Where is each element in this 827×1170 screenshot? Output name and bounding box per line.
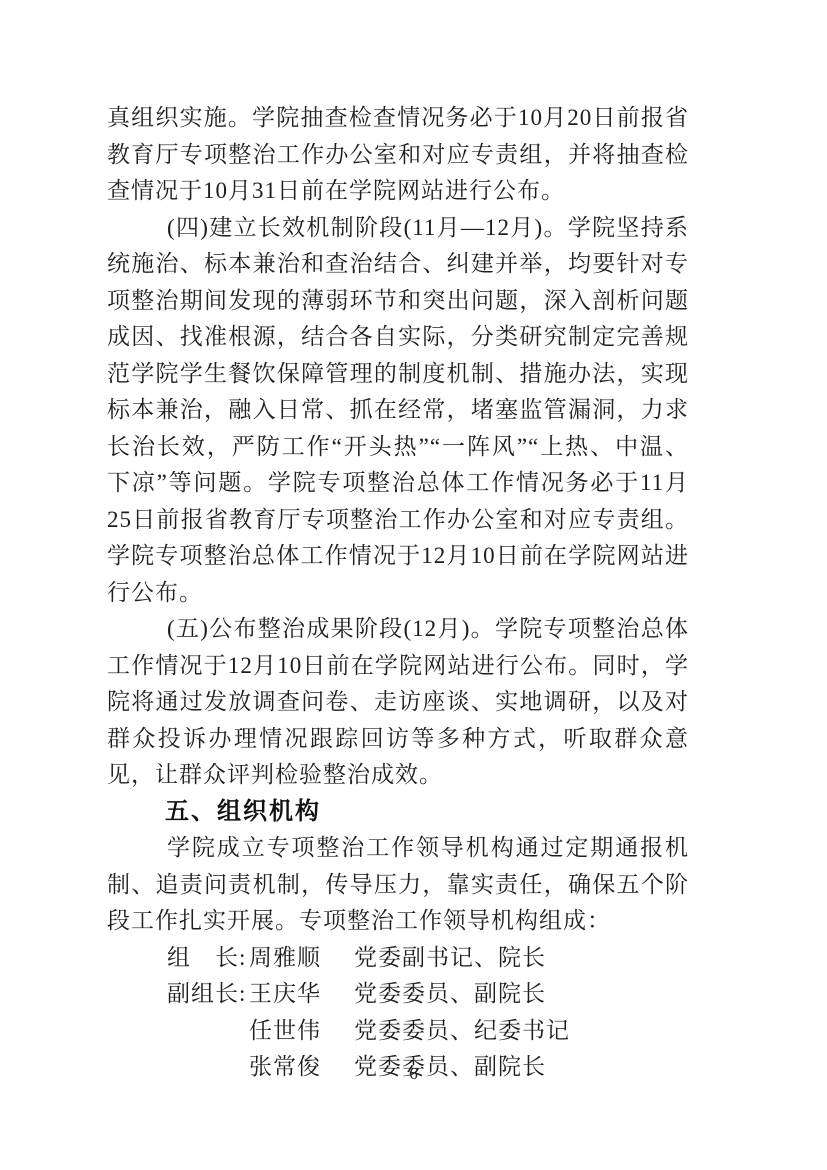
roster-row: 副组长: 王庆华 党委委员、副院长 <box>167 976 689 1013</box>
roster-role-label: 副组长: <box>167 976 249 1013</box>
roster-row: 组 长: 周雅顺 党委副书记、院长 <box>167 940 689 977</box>
roster-person-title: 党委副书记、院长 <box>354 940 546 977</box>
paragraph-stage-five: (五)公布整治成果阶段(12月)。学院专项整治总体工作情况于12月10日前在学院… <box>107 611 689 794</box>
roster-row: 任世伟 党委委员、纪委书记 <box>167 1013 689 1050</box>
page-number: 6 <box>0 1064 827 1084</box>
roster-person-name: 任世伟 <box>249 1013 354 1050</box>
document-body: 真组织实施。学院抽查检查情况务必于10月20日前报省教育厅专项整治工作办公室和对… <box>107 100 689 1086</box>
roster-person-name: 周雅顺 <box>249 940 354 977</box>
roster-person-title: 党委委员、副院长 <box>354 976 546 1013</box>
section-heading-organization: 五、组织机构 <box>107 794 689 831</box>
roster-role-label: 组 长: <box>167 940 249 977</box>
paragraph-org-intro: 学院成立专项整治工作领导机构通过定期通报机制、追责问责机制，传导压力，靠实责任，… <box>107 830 689 940</box>
roster-person-title: 党委委员、纪委书记 <box>354 1013 570 1050</box>
paragraph-stage-four: (四)建立长效机制阶段(11月—12月)。学院坚持系统施治、标本兼治和查治结合、… <box>107 210 689 612</box>
paragraph-continuation: 真组织实施。学院抽查检查情况务必于10月20日前报省教育厅专项整治工作办公室和对… <box>107 100 689 210</box>
roster-role-label <box>167 1013 249 1050</box>
document-page: 真组织实施。学院抽查检查情况务必于10月20日前报省教育厅专项整治工作办公室和对… <box>0 0 827 1170</box>
roster-person-name: 王庆华 <box>249 976 354 1013</box>
